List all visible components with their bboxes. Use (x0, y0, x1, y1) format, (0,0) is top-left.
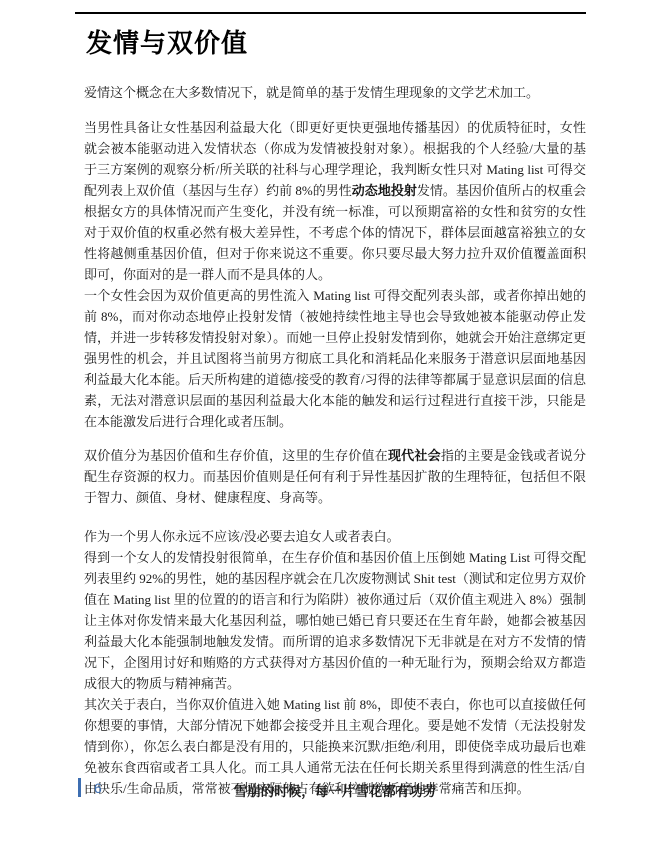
paragraph-shit-test: 得到一个女人的发情投射很简单，在生存价值和基因价值上压倒她 Mating Lis… (84, 547, 586, 694)
paragraph-never-chase: 作为一个男人你永远不应该/没必要去追女人或者表白。 (84, 526, 586, 547)
page-footer: 6 雪崩的时候，每一片雪花都有功劳 (0, 778, 652, 802)
paragraph-text: 得到一个女人的发情投射很简单，在生存价值和基因价值上压倒她 Mating Lis… (84, 550, 586, 691)
paragraph-text: 爱情这个概念在大多数情况下，就是简单的基于发情生理现象的文学艺术加工。 (84, 85, 539, 100)
bold-phrase: 动态地投射 (352, 183, 417, 198)
document-page: 发情与双价值 爱情这个概念在大多数情况下，就是简单的基于发情生理现象的文学艺术加… (0, 0, 652, 852)
bold-phrase: 现代社会 (388, 448, 441, 463)
footer-motto: 雪崩的时候，每一片雪花都有功劳 (84, 780, 586, 800)
paragraph-intro: 爱情这个概念在大多数情况下，就是简单的基于发情生理现象的文学艺术加工。 (84, 82, 586, 103)
paragraph-stop-projection: 一个女性会因为双价值更高的男性流入 Mating list 可得交配列表头部，或… (84, 285, 586, 432)
page-number-bar (78, 778, 81, 797)
paragraph-text: 双价值分为基因价值和生存价值，这里的生存价值在 (84, 448, 388, 463)
page-title: 发情与双价值 (86, 23, 586, 60)
paragraph-mating-list: 当男性具备让女性基因利益最大化（即更好更快更强地传播基因）的优质特征时，女性就会… (84, 117, 586, 285)
paragraph-text: 一个女性会因为双价值更高的男性流入 Mating list 可得交配列表头部，或… (84, 288, 586, 429)
paragraph-dual-value-definition: 双价值分为基因价值和生存价值，这里的生存价值在现代社会指的主要是金钱或者说分配生… (84, 445, 586, 508)
title-rule (75, 12, 586, 14)
paragraph-text: 作为一个男人你永远不应该/没必要去追女人或者表白。 (84, 529, 400, 544)
page-content: 发情与双价值 爱情这个概念在大多数情况下，就是简单的基于发情生理现象的文学艺术加… (84, 0, 586, 799)
